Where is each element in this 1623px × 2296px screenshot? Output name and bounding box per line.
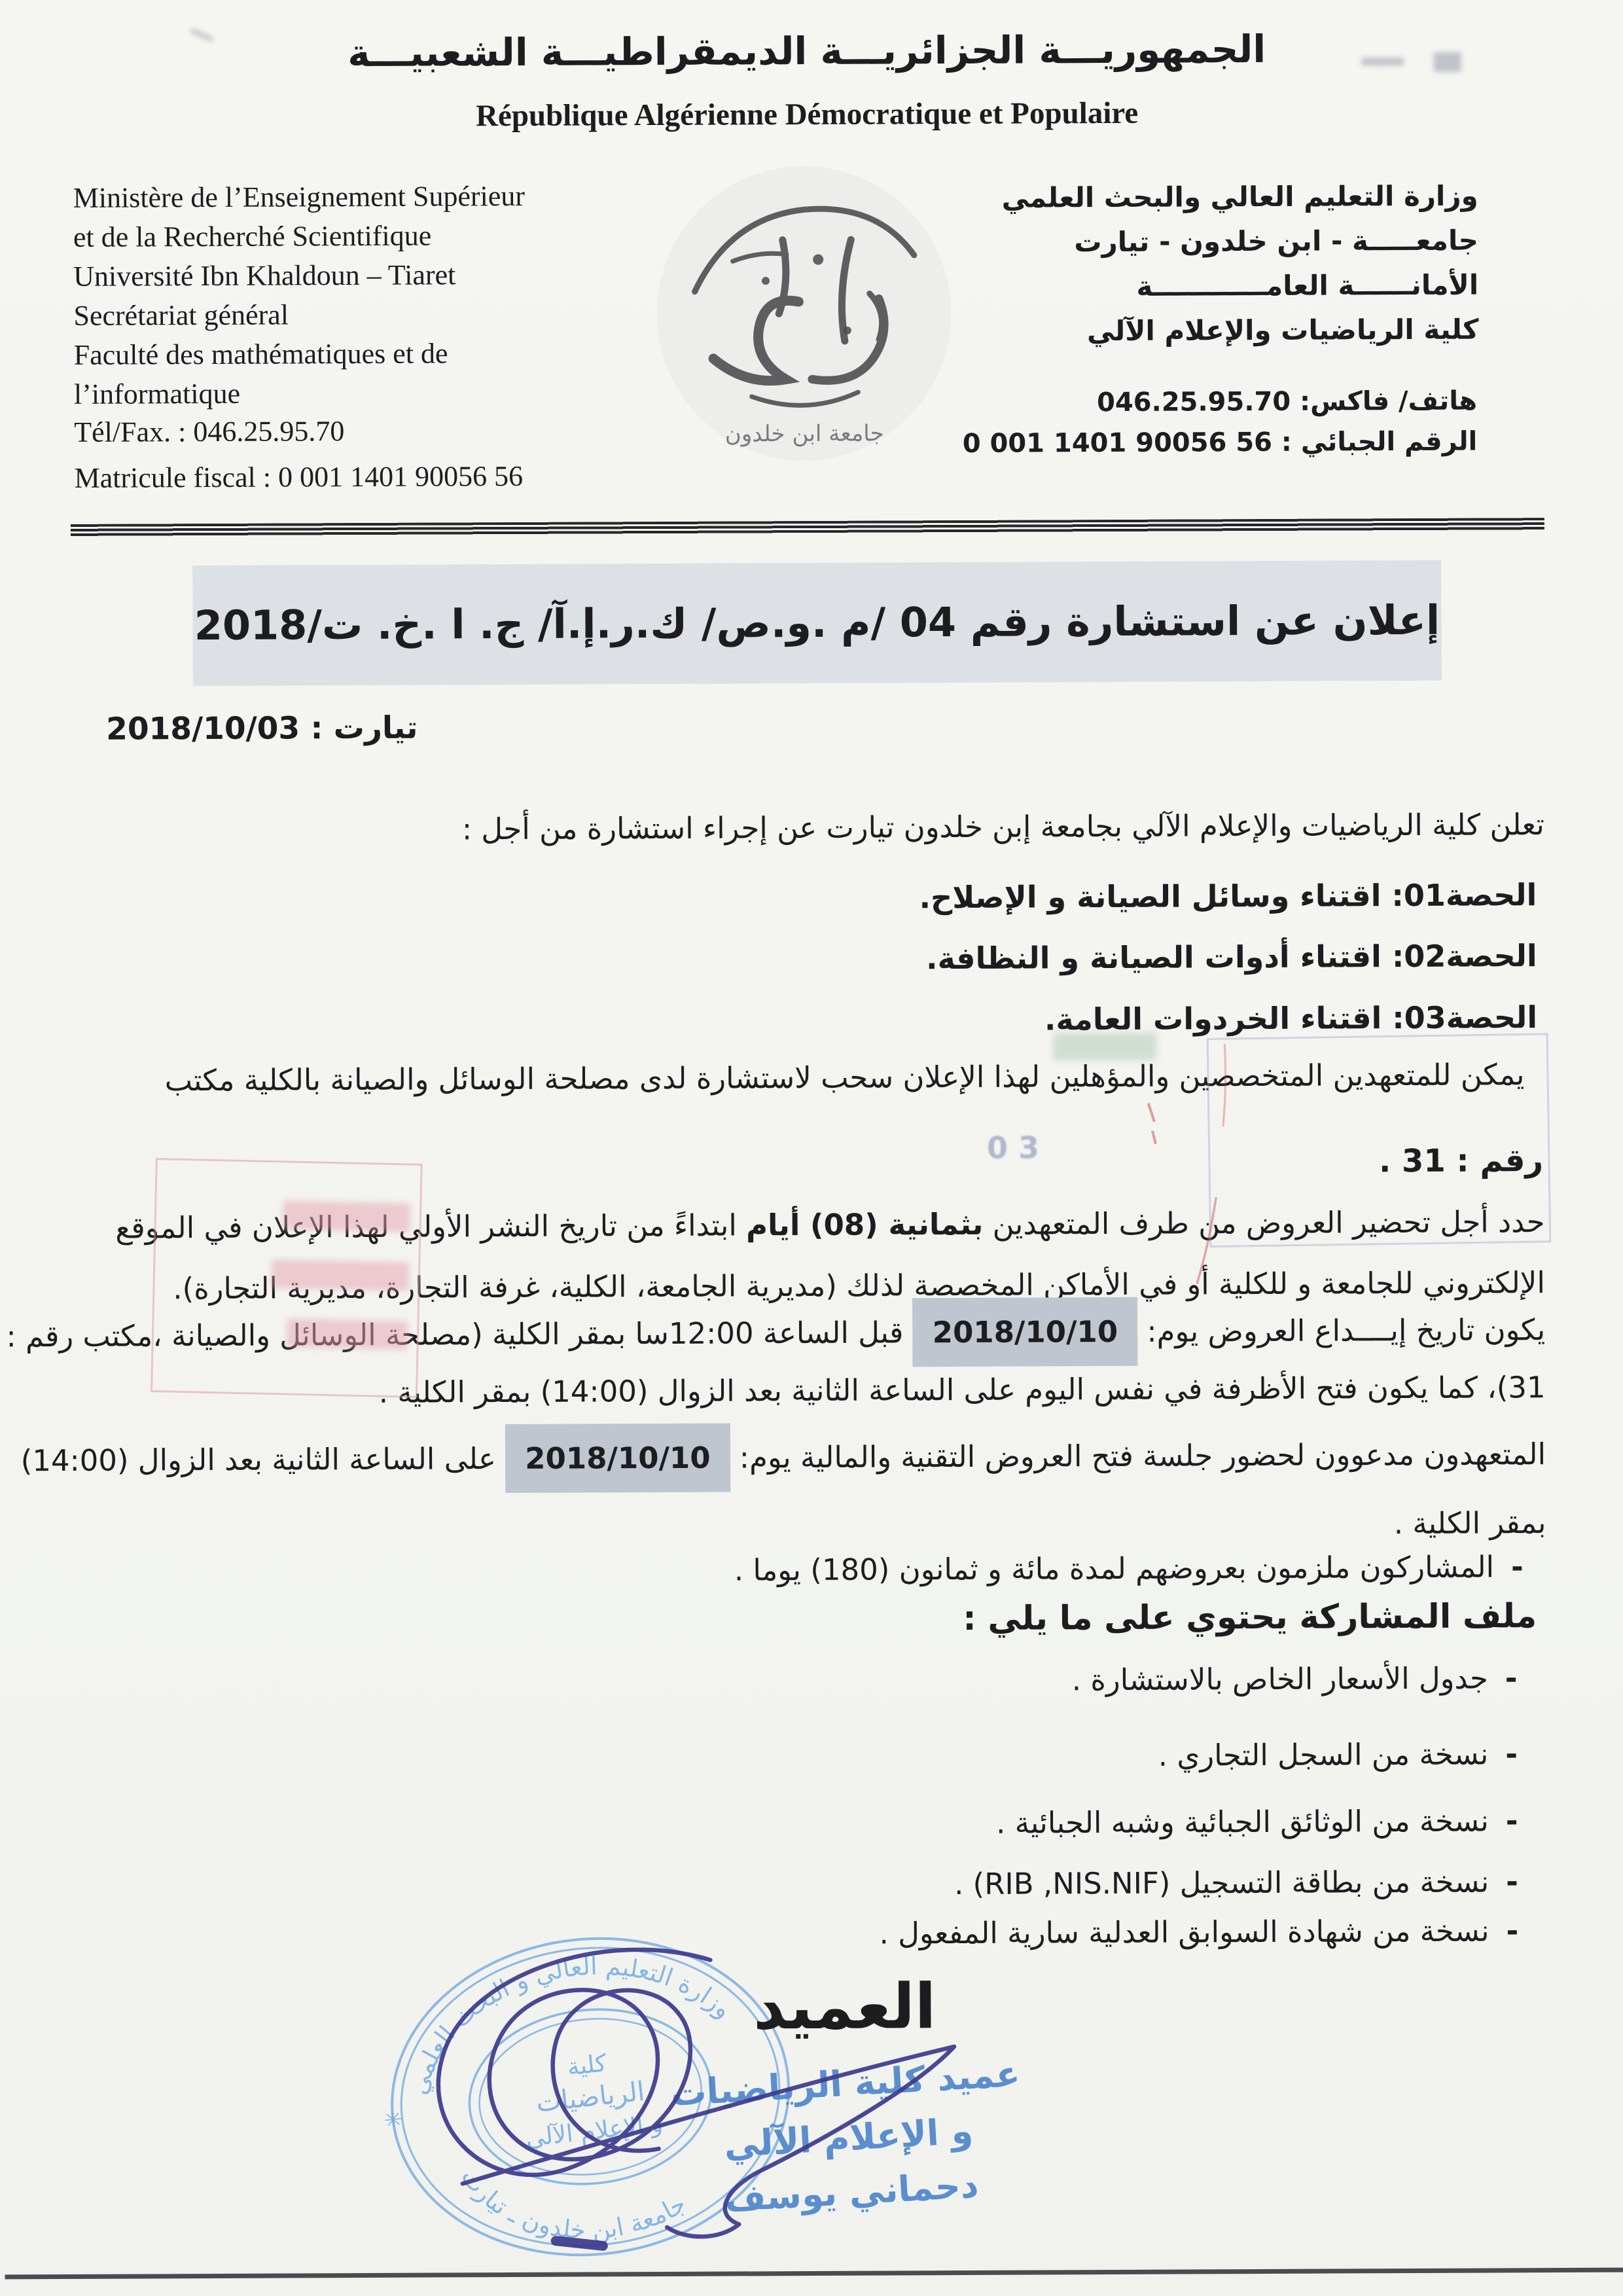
faculty-line-fr: l’informatique <box>74 373 526 414</box>
ministry-line-ar: وزارة التعليم العالي والبحث العلمي <box>1001 174 1478 221</box>
dossier-item-text: نسخة من السجل التجاري . <box>1158 1736 1489 1772</box>
deposit-post-text: قبل الساعة 12:00سا بمقر الكلية (مصلحة ال… <box>6 1315 912 1354</box>
dossier-item: -نسخة من الوثائق الجبائية وشبه الجبائية … <box>996 1803 1518 1840</box>
dossier-item: -جدول الأسعار الخاص بالاستشارة . <box>1072 1660 1518 1697</box>
scan-smudge <box>1362 58 1404 65</box>
bullet-dash: - <box>1506 1803 1518 1838</box>
ministry-line-fr: et de la Recherché Scientifique <box>73 216 526 257</box>
opening-pre-text: المتعهدون مدعوون لحضور جلسة فتح العروض ا… <box>730 1437 1546 1475</box>
place-date-line: تيارت : 2018/10/03 <box>106 710 418 747</box>
deposit-date-highlighted: 2018/10/10 <box>912 1297 1137 1367</box>
intro-line: تعلن كلية الرياضيات والإعلام الآلي بجامع… <box>462 807 1544 846</box>
document-sheet: 0 3 الجمهوريـــة الجزائريـــة الديمقراطي… <box>0 0 1623 2296</box>
republic-title-arabic: الجمهوريـــة الجزائريـــة الديمقراطيـــة… <box>0 26 1618 77</box>
bullet-dash: - <box>1505 1660 1518 1695</box>
fiscal-number-french: Matricule fiscal : 0 001 1401 90056 56 <box>74 459 523 495</box>
header-separator-rule <box>71 518 1544 537</box>
republic-title-french: République Algérienne Démocratique et Po… <box>0 94 1618 136</box>
lot-line-2: الحصة02: اقتناء أدوات الصيانة و النظافة. <box>926 938 1537 976</box>
tel-fax-arabic: هاتف/ فاكس: 046.25.95.70 <box>1097 386 1477 418</box>
bullet-dash: - <box>1506 1913 1518 1948</box>
lot-line-1: الحصة01: اقتناء وسائل الصيانة و الإصلاح. <box>919 877 1537 915</box>
scanned-document-page: 0 3 الجمهوريـــة الجزائريـــة الديمقراطي… <box>0 0 1623 2296</box>
faint-lavender-stamp <box>1207 1033 1552 1247</box>
lot-line-3: الحصة03: اقتناء الخردوات العامة. <box>1044 999 1537 1037</box>
deposit-pre-text: يكون تاريخ إيــــداع العروض يوم: <box>1137 1312 1545 1349</box>
opening-session-line-2: بمقر الكلية . <box>1394 1505 1546 1541</box>
faint-date-stamp-digits: 0 3 <box>987 1130 1039 1165</box>
logo-caption-text: جامعة ابن خلدون <box>725 420 884 447</box>
dossier-item-text: نسخة من بطاقة التسجيل (RIB ,NIS.NIF) . <box>954 1864 1489 1901</box>
dossier-item: -نسخة من السجل التجاري . <box>1158 1736 1518 1772</box>
pink-stamp-illegible-line <box>272 1259 410 1291</box>
fiscal-value-ar: 0 001 1401 90056 56 <box>963 427 1272 459</box>
ministry-block-arabic: وزارة التعليم العالي والبحث العلمي جامعـ… <box>1001 174 1478 354</box>
scan-smudge <box>1434 52 1461 72</box>
validity-bullet: -المشاركون ملزمون بعروضهم لمدة مائة و ثم… <box>734 1549 1524 1587</box>
pink-stamp-illegible-line <box>287 1319 408 1350</box>
notice-title: إعلان عن استشارة رقم 04 /م .و.ص/ ك.ر.إ.آ… <box>192 560 1442 686</box>
fiscal-number-arabic: الرقم الجبائي : 0 001 1401 90056 56 <box>963 427 1478 459</box>
handwritten-signature <box>370 1931 1019 2281</box>
ministry-line-fr: Ministère de l’Enseignement Supérieur <box>73 177 526 218</box>
opening-post-text: على الساعة الثانية بعد الزوال (14:00) <box>21 1441 506 1478</box>
dossier-item-text: نسخة من الوثائق الجبائية وشبه الجبائية . <box>996 1803 1489 1840</box>
deposit-date-line-2: 31)، كما يكون فتح الأظرفة في نفس اليوم ع… <box>379 1370 1546 1410</box>
bullet-dash: - <box>1506 1864 1518 1899</box>
university-line-fr: Université Ibn Khaldoun – Tiaret <box>73 255 526 296</box>
bullet-dash: - <box>1505 1736 1518 1771</box>
dossier-item-text: جدول الأسعار الخاص بالاستشارة . <box>1072 1660 1488 1697</box>
university-line-ar: جامعـــــة - ابن خلدون - تيارت <box>1002 219 1478 265</box>
faint-green-smudge <box>1053 1033 1156 1061</box>
pink-stamp-illegible-line <box>282 1200 410 1232</box>
dossier-item: -نسخة من بطاقة التسجيل (RIB ,NIS.NIF) . <box>954 1864 1518 1901</box>
ministry-block-french: Ministère de l’Enseignement Supérieur et… <box>73 177 526 414</box>
bullet-dash: - <box>1511 1549 1524 1584</box>
university-seal-logo: جامعة ابن خلدون <box>652 162 955 465</box>
opening-date-highlighted: 2018/10/10 <box>505 1424 730 1493</box>
faculty-line-ar: كلية الرياضيات والإعلام الآلي <box>1002 308 1478 354</box>
tel-fax-french: Tél/Fax. : 046.25.95.70 <box>74 414 344 449</box>
prep-eight-days-bold: بثمانية (08) أيام <box>746 1207 983 1243</box>
opening-session-line-1: المتعهدون مدعوون لحضور جلسة فتح العروض ا… <box>21 1437 1546 1478</box>
faint-pink-stamp <box>151 1158 423 1398</box>
secretariat-line-ar: الأمانــــــة العامــــــــــــة <box>1002 263 1478 310</box>
faculty-line-fr: Faculté des mathématiques et de <box>74 334 526 375</box>
secretariat-line-fr: Secrétariat général <box>73 295 526 336</box>
validity-text: المشاركون ملزمون بعروضهم لمدة مائة و ثما… <box>734 1549 1495 1587</box>
fiscal-label-ar: الرقم الجبائي : <box>1281 427 1478 457</box>
dossier-heading: ملف المشاركة يحتوي على ما يلي : <box>963 1597 1537 1638</box>
